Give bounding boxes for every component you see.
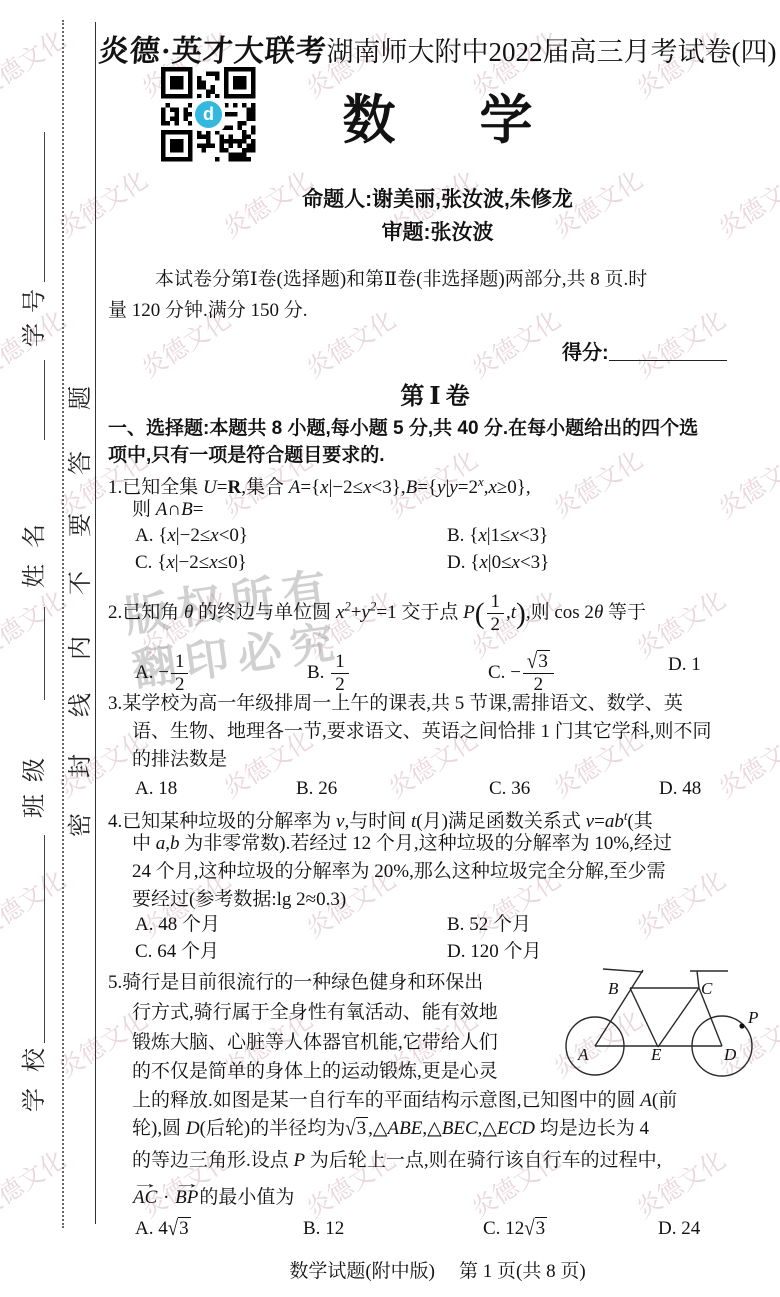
exam-header: 炎德·英才大联考湖南师大附中2022届高三月考试卷(四) [95,26,780,70]
seg-frac: 12 [171,652,189,695]
question-2-line-1: 2.已知角 θ 的终边与单位圆 x2+y2=1 交于点 P(12,t),则 co… [108,592,646,635]
option-label: D. [668,654,691,675]
question-5-line-4: 的不仅是简单的身体上的运动锻炼,更是心灵 [132,1059,498,1085]
seal-text-char: 答 [68,450,94,476]
seg-x: 1.已知全集 [108,477,203,498]
seg-x: 12 [325,1218,344,1239]
seg-x: ,△ [368,1118,387,1139]
seal-text-char: 密 [68,812,94,838]
score-row: 得分: [562,336,727,365]
seg-x: 48 [682,778,701,799]
question-4-option-D: D. 120 个月 [447,939,542,965]
question-3-line-2: 语、生物、地理各一节,要求语文、英语之间恰排 1 门其它学科,则不同 [132,719,712,745]
seg-x: 语、生物、地理各一节,要求语文、英语之间恰排 1 门其它学科,则不同 [132,721,712,742]
question-5-line-8: AC→ · BP→的最小值为 [132,1183,294,1211]
question-5-option-C: C. 12√3 [483,1216,547,1242]
seal-text-char: 线 [68,692,94,718]
seg-i: x [510,525,518,546]
question-1-option-B: B. {x|1≤x<3} [447,523,548,549]
sidebar-blank-line [44,835,45,1043]
seg-x: 行方式,骑行属于全身性有氧活动、能有效地 [132,1002,498,1023]
option-label: B. [307,662,329,683]
seg-x: ={ [417,477,437,498]
seal-text-char: 要 [68,512,94,538]
seg-x: 轮),圆 [132,1118,186,1139]
seg-i: ABE [388,1118,423,1139]
seg-sqrt: √3 [345,1116,368,1142]
seg-x: + [351,602,362,623]
seg-x: =1 交于点 [376,602,463,623]
seg-i: P [463,602,475,623]
option-label: B. [447,525,469,546]
page-footer: 数学试题(附中版)第 1 页(共 8 页) [95,1256,780,1283]
seg-x: 的等边三角形.设点 [132,1150,294,1171]
seg-x: 48 个月 [158,914,220,935]
seg-i: b [170,833,180,854]
section-line-2: 项中,只有一项是符合题目要求的. [108,440,385,467]
option-label: B. [447,914,469,935]
seg-i: y [449,477,457,498]
seg-x: { [470,552,479,573]
seg-i: v [586,811,594,832]
sidebar-blank-line [44,132,45,282]
seg-x: 等于 [603,602,646,623]
seg-x: 锻炼大脑、心脏等人体器官机能,它带给人们 [132,1032,498,1053]
seg-x: 则 [132,499,156,520]
seg-i: A [289,477,301,498]
seg-i: θ [184,602,193,623]
seg-i: B [181,499,193,520]
intro-line-1: 本试卷分第Ⅰ卷(选择题)和第Ⅱ卷(非选择题)两部分,共 8 页.时 [108,264,763,295]
seal-text-char: 不 [68,570,94,596]
seg-b: R [227,477,241,498]
seg-i: θ [594,602,603,623]
seg-i: x [488,477,496,498]
seg-x: 的终边与单位圆 [193,602,336,623]
seg-x: <3} [520,552,549,573]
seg-x: ∩ [167,499,181,520]
question-5-line-2: 行方式,骑行属于全身性有氧活动、能有效地 [132,1000,498,1026]
question-5-option-A: A. 4√3 [135,1216,191,1242]
question-5-line-7: 的等边三角形.设点 P 为后轮上一点,则在骑行该自行车的过程中, [132,1148,661,1174]
seg-x: 18 [158,778,177,799]
seg-x: ,△ [478,1118,497,1139]
seg-i: x [167,525,175,546]
seg-i: a [156,833,166,854]
sidebar-field-char: 学 [22,322,48,348]
seg-x: 52 个月 [469,914,531,935]
figure-label-a: A [577,1045,589,1064]
score-blank-line [609,340,727,361]
figure-label-b: B [608,979,619,998]
seg-i: x [478,525,486,546]
sidebar-field-char: 名 [22,523,48,549]
reviewer-line: 审题:张汝波 [95,216,780,246]
seg-frac: √32 [523,652,554,695]
option-label: A. [135,525,158,546]
seal-text-char: 封 [68,753,94,779]
seg-x: 36 [511,778,530,799]
seg-x: ,△ [422,1118,441,1139]
option-label: C. [488,662,510,683]
question-3-line-3: 的排法数是 [132,747,227,773]
question-2-option-B: B. 12 [307,652,351,695]
option-label: D. [658,1218,681,1239]
seg-x: − [158,662,169,683]
seg-frac: 12 [331,652,349,695]
seg-x: = [217,477,228,498]
question-3-line-1: 3.某学校为高一年级排周一上午的课表,共 5 节课,需排语文、数学、英 [108,691,683,717]
seg-x: ≤0} [218,552,247,573]
seg-x: 2.已知角 [108,602,184,623]
question-1-line-2: 则 A∩B= [132,497,203,523]
seg-x: 要经过(参考数据:lg 2≈0.3) [132,889,346,910]
seg-vec: BP→ [175,1183,198,1211]
score-label: 得分: [562,342,609,364]
option-label: D. [659,778,682,799]
sidebar-field-char: 姓 [22,563,48,589]
option-label: C. [135,941,157,962]
seg-x: <3} [519,525,548,546]
seg-i: P [294,1150,306,1171]
seg-sqrt: √3 [524,1216,547,1242]
seg-x: 24 个月,这种垃圾的分解率为 20%,那么这种垃圾完全分解,至少需 [132,861,666,882]
seg-x: ,与时间 [344,811,411,832]
option-label: D. [447,941,470,962]
seg-x: 4.已知某种垃圾的分解率为 [108,811,336,832]
subject-char-1: 数 [343,78,396,154]
seg-x: 均是边长为 4 [535,1118,649,1139]
seg-x: 120 个月 [470,941,541,962]
question-2-option-D: D. 1 [668,652,701,678]
question-1-option-C: C. {x|−2≤x≤0} [135,550,247,576]
seg-x: 26 [318,778,337,799]
question-5-line-3: 锻炼大脑、心脏等人体器官机能,它带给人们 [132,1030,498,1056]
seg-i: A [156,499,168,520]
seal-text-char: 内 [68,635,94,661]
seg-x: (月)满足函数关系式 [416,811,585,832]
seg-x: = [193,499,204,520]
part-title: 第Ⅰ卷 [95,376,780,411]
seg-x: 12 [505,1218,524,1239]
seg-frac: 12 [487,592,505,635]
seal-text-char: 题 [68,385,94,411]
footer-doc-name: 数学试题(附中版) [289,1261,435,1282]
question-3-option-B: B. 26 [296,776,337,802]
sidebar-field-char: 学 [22,1087,48,1113]
seg-big: ) [516,598,526,630]
sidebar-field-char: 班 [22,793,48,819]
option-label: D. [447,552,470,573]
question-5-line-1: 5.骑行是目前很流行的一种绿色健身和环保出 [108,970,483,996]
seg-i: y [361,602,369,623]
seg-i: x [479,552,487,573]
seg-x: 为后轮上一点,则在骑行该自行车的过程中, [305,1150,661,1171]
seg-x: 1 [691,654,701,675]
exam-page: 炎德文化炎德文化炎德文化炎德文化炎德文化炎德文化炎德文化炎德文化炎德文化炎德文化… [0,0,780,1297]
seg-i: x [210,525,218,546]
seg-i: ab [605,811,624,832]
seg-x: − [510,662,521,683]
question-4-option-B: B. 52 个月 [447,912,531,938]
sidebar-blank-line [44,360,45,440]
sidebar-field-char: 校 [22,1047,48,1073]
option-label: A. [135,778,158,799]
seg-x: =2 [458,477,478,498]
question-2-option-C: C. −√32 [488,652,556,695]
seg-x: 5.骑行是目前很流行的一种绿色健身和环保出 [108,972,483,993]
subject-title: 数学 [95,78,780,154]
brand-name: 炎德·英才大联考 [97,26,328,70]
option-label: A. [135,914,158,935]
seg-x: |−2≤ [176,525,210,546]
seg-sqrt: √3 [168,1216,191,1242]
sidebar-blank-line [44,607,45,700]
question-4-option-C: C. 64 个月 [135,939,219,965]
seg-i: D [186,1118,200,1139]
question-3-option-A: A. 18 [135,776,177,802]
seg-i: B [406,477,418,498]
question-5-option-B: B. 12 [303,1216,344,1242]
seal-dotted-line [62,20,64,1228]
seg-x: |0≤ [488,552,512,573]
subject-char-2: 学 [480,78,533,154]
seg-i: x [209,552,217,573]
option-label: C. [135,552,157,573]
figure-label-e: E [650,1045,662,1064]
question-5-option-D: D. 24 [658,1216,700,1242]
question-3-option-C: C. 36 [489,776,530,802]
seg-i: U [203,477,217,498]
point-p-dot [739,1023,744,1028]
option-label: B. [296,778,318,799]
seg-x: (后轮)的半径均为 [200,1118,346,1139]
seg-x: { [158,525,167,546]
footer-page-number: 第 1 页(共 8 页) [459,1261,586,1282]
seg-vec: AC→ [133,1183,157,1211]
question-5-line-6: 轮),圆 D(后轮)的半径均为√3,△ABE,△BEC,△ECD 均是边长为 4 [132,1116,649,1142]
seg-x: |−2≤ [329,477,363,498]
seg-x: ,集合 [241,477,289,498]
seg-x: 为非零常数).若经过 12 个月,这种垃圾的分解率为 10%,经过 [180,833,672,854]
option-label: A. [135,662,158,683]
seg-x: 3.某学校为高一年级排周一上午的课表,共 5 节课,需排语文、数学、英 [108,693,683,714]
seg-x: 的排法数是 [132,749,227,770]
intro-line-2: 量 120 分钟.满分 150 分. [108,295,763,326]
seg-i: x [363,477,371,498]
question-4-line-4: 要经过(参考数据:lg 2≈0.3) [132,887,346,913]
seg-x: <0} [219,525,248,546]
seg-x: (其 [627,811,652,832]
seg-x: ≥0}, [497,477,531,498]
seg-big: ( [475,598,485,630]
seg-x: ,则 cos 2 [526,602,594,623]
exam-title: 湖南师大附中2022届高三月考试卷(四) [327,37,777,67]
question-4-line-3: 24 个月,这种垃圾的分解率为 20%,那么这种垃圾完全分解,至少需 [132,859,666,885]
seg-x: ={ [300,477,320,498]
question-4-line-2: 中 a,b 为非零常数).若经过 12 个月,这种垃圾的分解率为 10%,经过 [132,831,672,857]
intro-paragraph: 本试卷分第Ⅰ卷(选择题)和第Ⅱ卷(非选择题)两部分,共 8 页.时 量 120 … [108,264,763,326]
question-1-option-A: A. {x|−2≤x<0} [135,523,248,549]
figure-label-c: C [701,979,713,998]
seg-x: 的最小值为 [199,1187,294,1208]
seg-x: |1≤ [487,525,511,546]
seg-x: <3}, [372,477,406,498]
sidebar-field-char: 号 [22,288,48,314]
question5-figure: A B C D E P [558,950,780,1095]
seg-x: |−2≤ [175,552,209,573]
authors-line: 命题人:谢美丽,张汝波,朱修龙 [95,183,780,213]
question-3-option-D: D. 48 [659,776,701,802]
seg-i: x [512,552,520,573]
seg-x: = [594,811,605,832]
seg-x: 24 [681,1218,700,1239]
figure-label-p: P [747,1008,758,1027]
seg-i: ECD [497,1118,535,1139]
sidebar-field-char: 级 [22,757,48,783]
seg-i: BEC [442,1118,478,1139]
question-2-option-A: A. −12 [135,652,190,695]
seg-i: x [320,477,328,498]
seg-x: { [157,552,166,573]
figure-label-d: D [723,1045,737,1064]
seg-x: · [158,1187,174,1208]
option-label: B. [303,1218,325,1239]
seg-x: 的不仅是简单的身体上的运动锻炼,更是心灵 [132,1061,498,1082]
seg-x: 4 [158,1218,168,1239]
question-1-option-D: D. {x|0≤x<3} [447,550,549,576]
option-label: A. [135,1218,158,1239]
section-line-1: 一、选择题:本题共 8 小题,每小题 5 分,共 40 分.在每小题给出的四个选 [108,413,698,440]
seg-x: { [469,525,478,546]
option-label: C. [483,1218,505,1239]
option-label: C. [489,778,511,799]
seg-x: 中 [132,833,156,854]
question-4-option-A: A. 48 个月 [135,912,220,938]
seg-i: x [166,552,174,573]
seg-x: 64 个月 [157,941,219,962]
